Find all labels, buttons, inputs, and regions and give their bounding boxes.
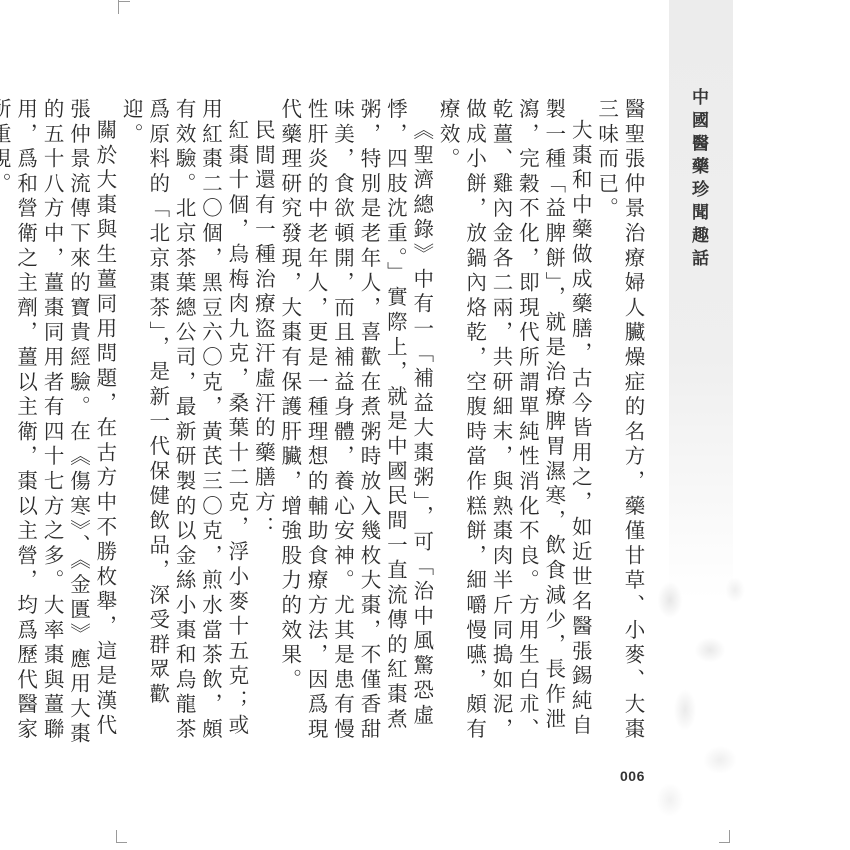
paragraph: 關於大棗與生薑同用問題，在古方中不勝枚舉，這是漢代張仲景流傳下來的寶貴經驗。在《…	[0, 98, 118, 753]
crop-mark-top-left-horizontal	[118, 1, 130, 2]
paragraph: 《聖濟總錄》中有一「補益大棗粥」，可「治中風驚恐虛悸，四肢沈重。」實際上，就是中…	[276, 98, 434, 753]
paragraph: 民間還有一種治療盜汗虛汗的藥膳方：	[250, 98, 276, 753]
paragraph: 大棗和中藥做成藥膳，古今皆用之，如近世名醫張錫純自製一種「益脾餅」，就是治療脾胃…	[435, 98, 593, 753]
decorative-texture	[640, 560, 750, 850]
page-number: 006	[620, 768, 645, 784]
crop-mark-top-left	[118, 0, 129, 14]
body-text: 醫聖張仲景治療婦人臟燥症的名方，藥僅甘草、小麥、大棗三味而已。 大棗和中藥做成藥…	[224, 98, 646, 753]
crop-mark-bottom-right	[719, 830, 730, 843]
crop-mark-bottom-left	[116, 830, 127, 843]
paragraph: 醫聖張仲景治療婦人臟燥症的名方，藥僅甘草、小麥、大棗三味而已。	[593, 98, 646, 753]
paragraph: 紅棗十個，烏梅肉九克，桑葉十二克，浮小麥十五克；或用紅棗二〇個，黑豆六〇克，黃芪…	[118, 98, 250, 753]
book-page: 中國醫藥珍聞趣話 醫聖張仲景治療婦人臟燥症的名方，藥僅甘草、小麥、大棗三味而已。…	[0, 0, 850, 850]
running-title: 中國醫藥珍聞趣話	[686, 88, 710, 272]
